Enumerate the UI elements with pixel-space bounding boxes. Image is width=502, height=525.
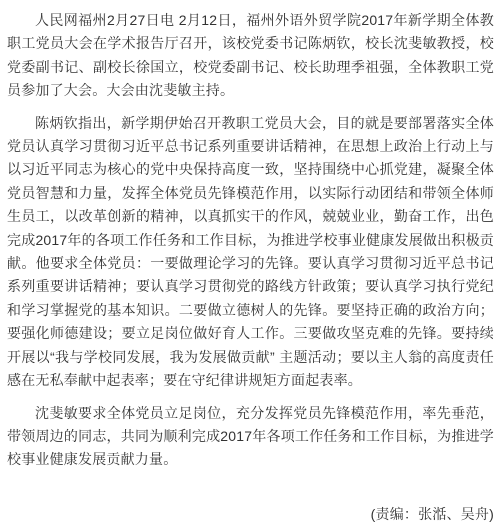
article-page: 人民网福州2月27日电 2月12日，福州外语外贸学院2017年新学期全体教职工党… [0,0,502,525]
article-paragraph-intro: 人民网福州2月27日电 2月12日，福州外语外贸学院2017年新学期全体教职工党… [7,9,494,103]
article-paragraph-speech: 陈炳钦指出，新学期伊始召开教职工党员大会，目的就是要部署落实全体党员认真学习贯彻… [7,112,494,393]
article-paragraph-closing: 沈斐敏要求全体党员立足岗位，充分发挥党员先锋模范作用，率先垂范，带领周边的同志，… [7,402,494,472]
editor-credit: (责编：张湉、吴舟) [7,503,494,525]
